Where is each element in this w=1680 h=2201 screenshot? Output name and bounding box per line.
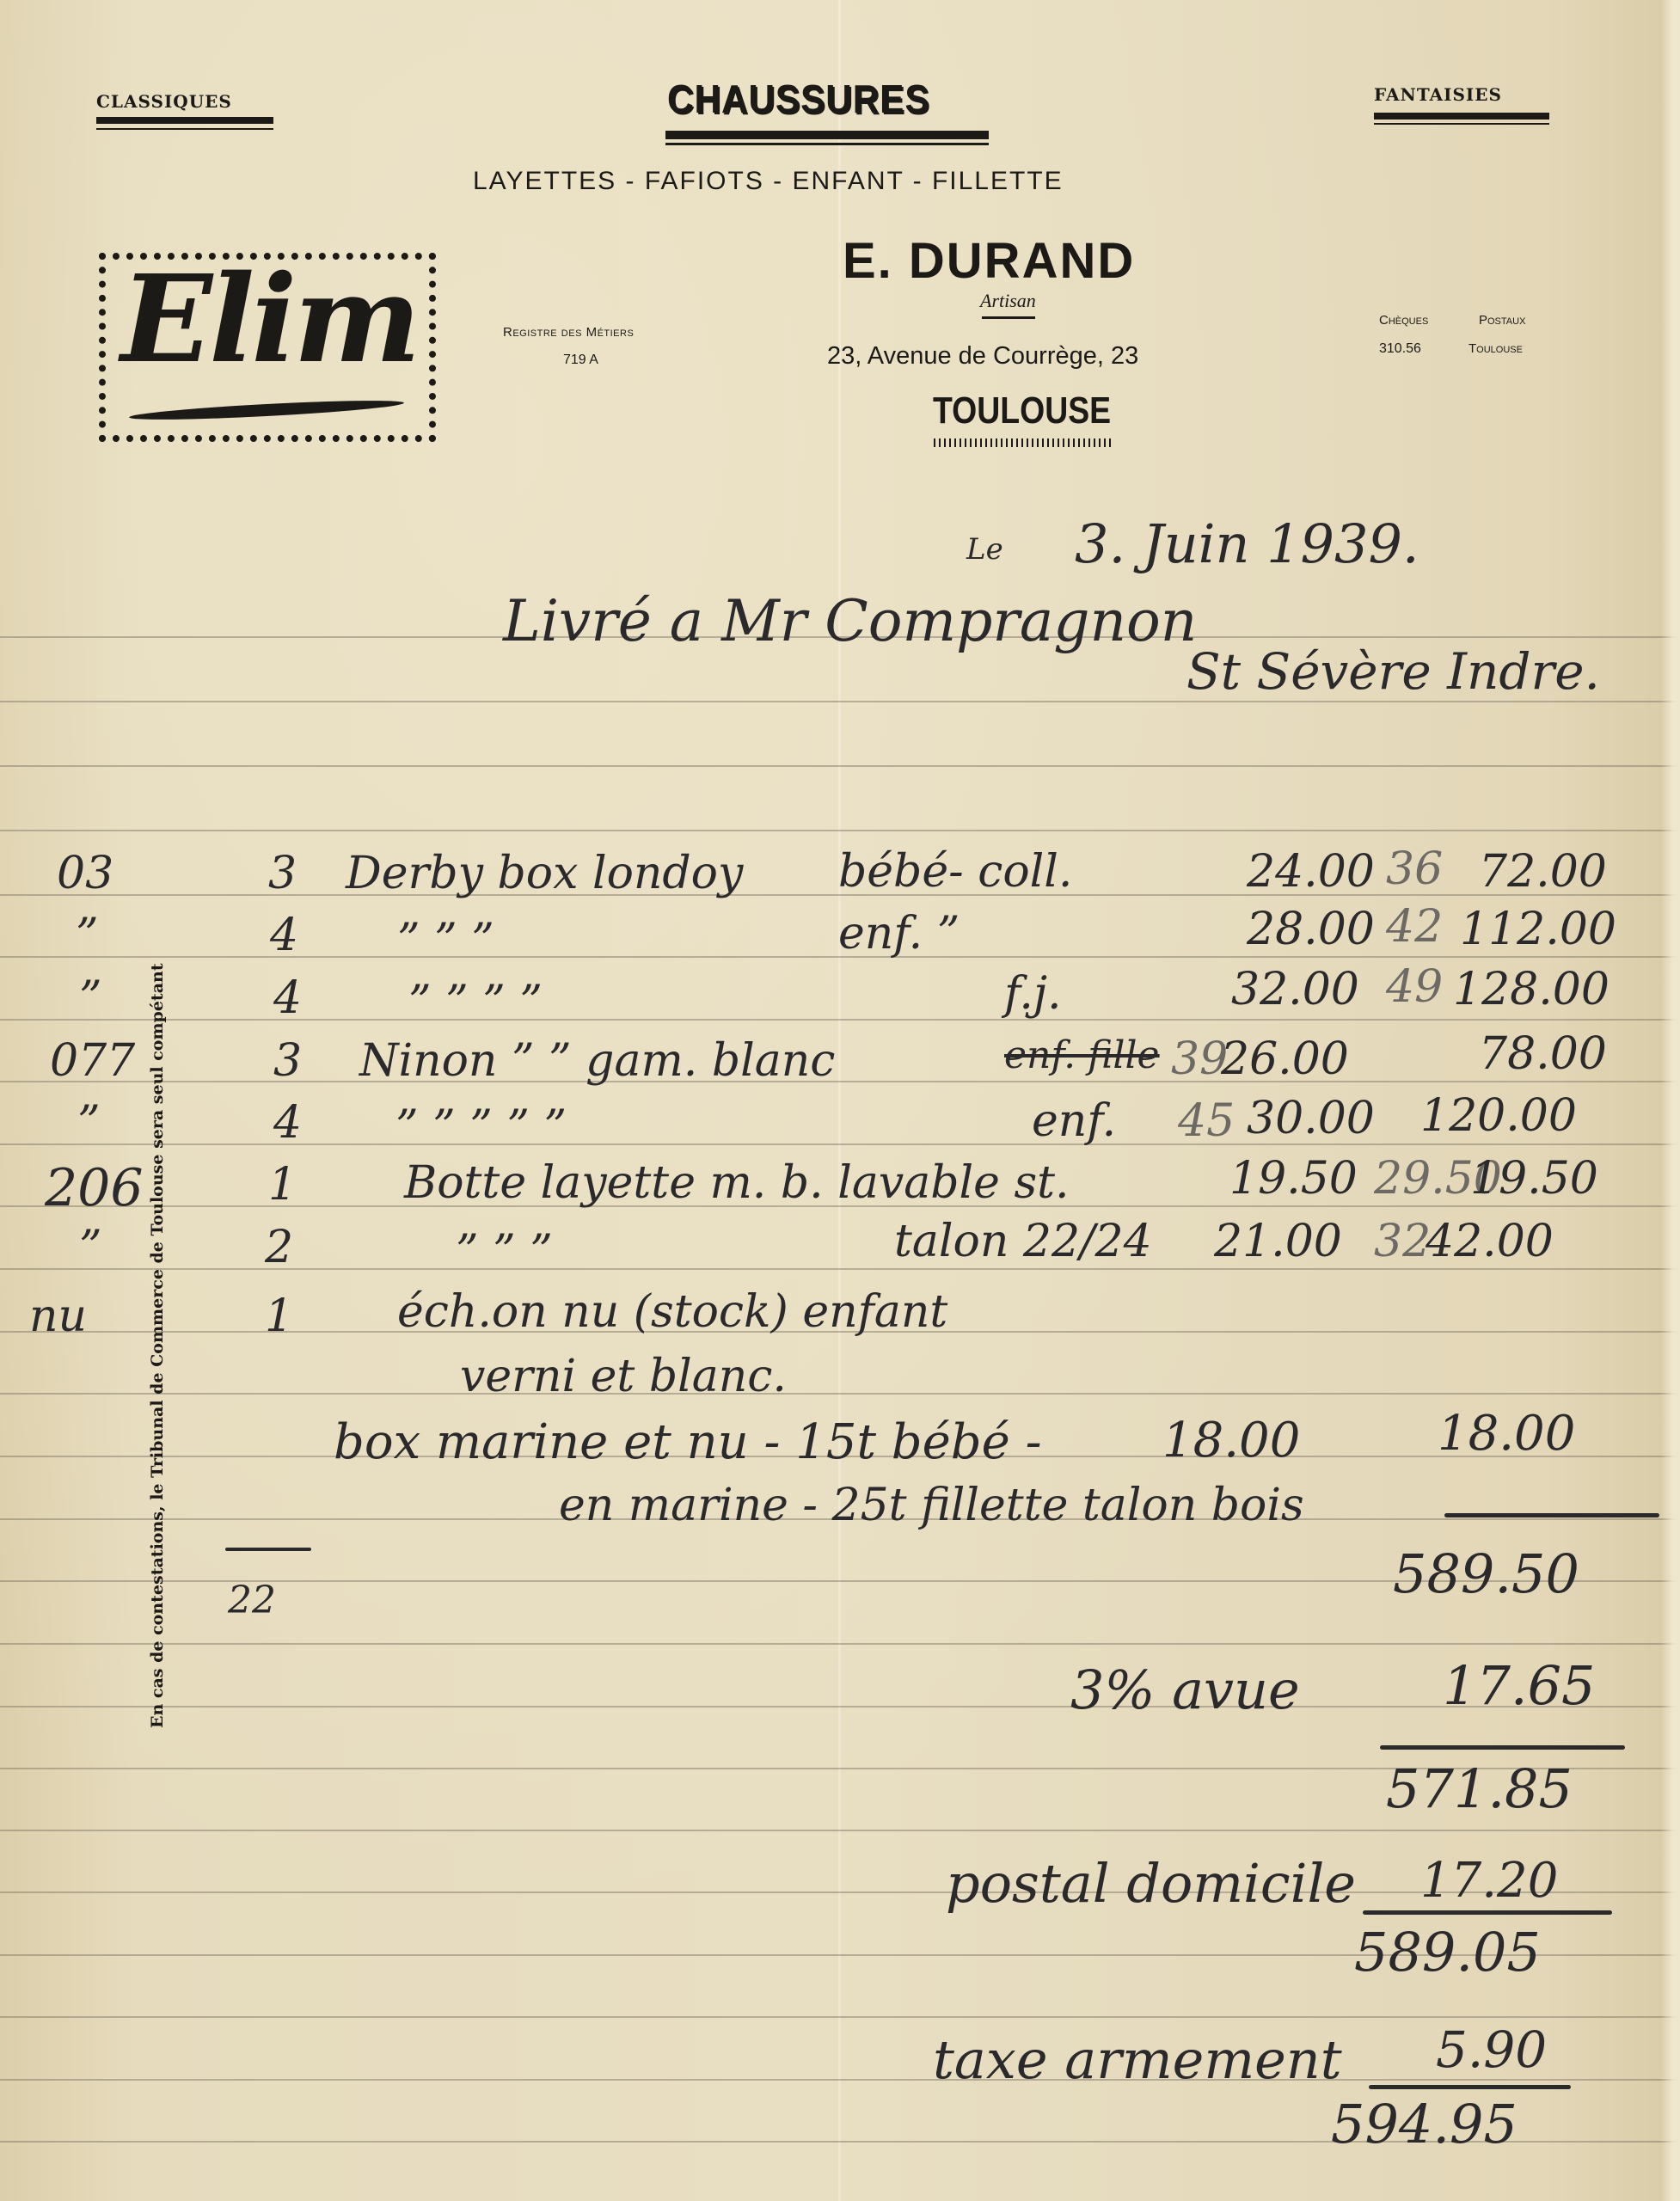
item-qty: 1 bbox=[265, 1294, 293, 1339]
postage-label: postal domicile bbox=[946, 1857, 1356, 1910]
item-unit-price: 19.50 bbox=[1229, 1156, 1358, 1201]
title-chaussures: CHAUSSURES bbox=[667, 76, 929, 122]
item-ref: 206 bbox=[45, 1162, 144, 1214]
item-amount: 112.00 bbox=[1460, 907, 1616, 952]
item-unit-price: 21.00 bbox=[1214, 1219, 1342, 1264]
item-ref: ” bbox=[79, 1225, 102, 1270]
item-amount: 19.50 bbox=[1470, 1156, 1598, 1201]
item-description: ” ” ” ” bbox=[408, 980, 543, 1025]
item-amount: 78.00 bbox=[1479, 1032, 1607, 1076]
sum-line bbox=[1380, 1745, 1625, 1750]
item-detail: enf. fille bbox=[1004, 1037, 1160, 1075]
item-description: Ninon ” ” gam. blanc bbox=[359, 1039, 835, 1083]
item-unit-price: 24.00 bbox=[1247, 849, 1375, 894]
item-qty: 3 bbox=[268, 851, 297, 896]
merchant-address: 23, Avenue de Courrège, 23 bbox=[827, 342, 1138, 371]
left-tally: 22 bbox=[228, 1582, 276, 1620]
pencil-note: 36 bbox=[1386, 847, 1443, 892]
grand-total: 594.95 bbox=[1331, 2098, 1518, 2151]
sum-line bbox=[1369, 2085, 1571, 2089]
paper-fold bbox=[838, 0, 841, 2201]
sum-line bbox=[1444, 1513, 1659, 1517]
item-amount: 42.00 bbox=[1426, 1219, 1554, 1264]
item-amount: 72.00 bbox=[1479, 849, 1607, 894]
item-ref: ” bbox=[77, 1100, 101, 1145]
divider bbox=[1374, 113, 1549, 120]
merchant-role: Artisan bbox=[980, 290, 1036, 312]
continuation-line: verni et blanc. bbox=[460, 1354, 787, 1399]
item-ref: nu bbox=[29, 1294, 87, 1339]
continuation-line: en marine - 25t fillette talon bois bbox=[559, 1483, 1304, 1528]
item-detail: talon 22/24 bbox=[894, 1219, 1152, 1264]
item-description: ” ” ” ” ” bbox=[395, 1105, 567, 1150]
tag-fantaisies: FANTAISIES bbox=[1374, 84, 1502, 105]
tax-label: taxe armement bbox=[933, 2033, 1342, 2087]
city-underline bbox=[934, 438, 1114, 447]
divider bbox=[1374, 123, 1549, 125]
item-qty: 4 bbox=[273, 976, 302, 1021]
jurisdiction-notice: En cas de contestations, le Tribunal de … bbox=[148, 903, 167, 1728]
invoice-date: 3. Juin 1939. bbox=[1075, 518, 1419, 571]
registry-label: Registre des Métiers bbox=[503, 325, 634, 340]
item-ref: ” bbox=[79, 976, 102, 1021]
item-detail: f.j. bbox=[1004, 972, 1062, 1016]
tag-classiques: CLASSIQUES bbox=[96, 91, 232, 112]
divider bbox=[96, 128, 273, 130]
item-description: Derby box londoy bbox=[346, 851, 743, 896]
paper-edge bbox=[1661, 0, 1680, 2201]
item-ref: ” bbox=[76, 913, 99, 958]
item-qty: 1 bbox=[268, 1162, 297, 1207]
date-prefix: Le bbox=[966, 535, 1003, 564]
after-discount: 571.85 bbox=[1386, 1763, 1573, 1816]
pencil-note: 45 bbox=[1178, 1099, 1235, 1143]
elim-logo: Elim bbox=[110, 249, 428, 390]
product-lines: LAYETTES - FAFIOTS - ENFANT - FILLETTE bbox=[473, 167, 1064, 196]
item-qty: 4 bbox=[270, 913, 298, 958]
item-description: ” ” ” bbox=[397, 918, 494, 963]
merchant-name: E. DURAND bbox=[843, 232, 1135, 290]
sum-line bbox=[1363, 1910, 1612, 1915]
merchant-city: TOULOUSE bbox=[933, 389, 1111, 432]
item-description: ” ” ” bbox=[456, 1229, 553, 1274]
cheques-label: Chèques bbox=[1379, 313, 1428, 328]
item-ref: 077 bbox=[50, 1039, 135, 1083]
pencil-note: 32 bbox=[1374, 1219, 1431, 1264]
discount-label: 3% avue bbox=[1070, 1664, 1300, 1717]
sample-amount: 18.00 bbox=[1438, 1410, 1575, 1458]
item-ref: 03 bbox=[57, 851, 113, 896]
postaux-label: Postaux bbox=[1479, 313, 1525, 328]
tally-line bbox=[225, 1548, 311, 1551]
delivered-to: Livré a Mr Compragnon bbox=[503, 593, 1197, 650]
item-description: Botte layette m. b. lavable st. bbox=[404, 1161, 1070, 1205]
item-qty: 2 bbox=[265, 1225, 293, 1270]
pencil-note: 49 bbox=[1386, 965, 1443, 1009]
postage-amount: 17.20 bbox=[1420, 1857, 1558, 1905]
item-unit-price: 26.00 bbox=[1221, 1037, 1349, 1082]
item-description: éch.on nu (stock) enfant bbox=[397, 1290, 947, 1334]
item-amount: 120.00 bbox=[1420, 1094, 1577, 1138]
divider bbox=[982, 316, 1035, 319]
sample-unit-price: 18.00 bbox=[1162, 1417, 1300, 1465]
item-detail: enf. ” bbox=[838, 911, 960, 956]
divider bbox=[665, 131, 989, 139]
divider bbox=[665, 143, 989, 145]
tax-amount: 5.90 bbox=[1436, 2025, 1547, 2075]
item-qty: 3 bbox=[273, 1039, 302, 1083]
item-qty: 4 bbox=[273, 1100, 302, 1145]
item-detail: bébé- coll. bbox=[838, 849, 1072, 894]
cheques-city: Toulouse bbox=[1468, 341, 1523, 356]
item-unit-price: 30.00 bbox=[1247, 1096, 1375, 1141]
pencil-note: 42 bbox=[1386, 904, 1443, 949]
continuation-line: box marine et nu - 15t bébé - bbox=[334, 1419, 1041, 1467]
item-amount: 128.00 bbox=[1453, 967, 1609, 1012]
item-detail: enf. bbox=[1032, 1099, 1116, 1143]
subtotal: 589.50 bbox=[1393, 1548, 1579, 1601]
discount-amount: 17.65 bbox=[1443, 1659, 1596, 1713]
registry-number: 719 A bbox=[563, 353, 598, 368]
divider bbox=[96, 117, 273, 124]
pencil-note: 39 bbox=[1171, 1037, 1228, 1082]
after-postage: 589.05 bbox=[1354, 1926, 1541, 1979]
item-unit-price: 28.00 bbox=[1247, 907, 1375, 952]
item-unit-price: 32.00 bbox=[1231, 967, 1359, 1012]
delivery-location: St Sévère Indre. bbox=[1186, 647, 1600, 696]
cheques-number: 310.56 bbox=[1379, 341, 1421, 357]
